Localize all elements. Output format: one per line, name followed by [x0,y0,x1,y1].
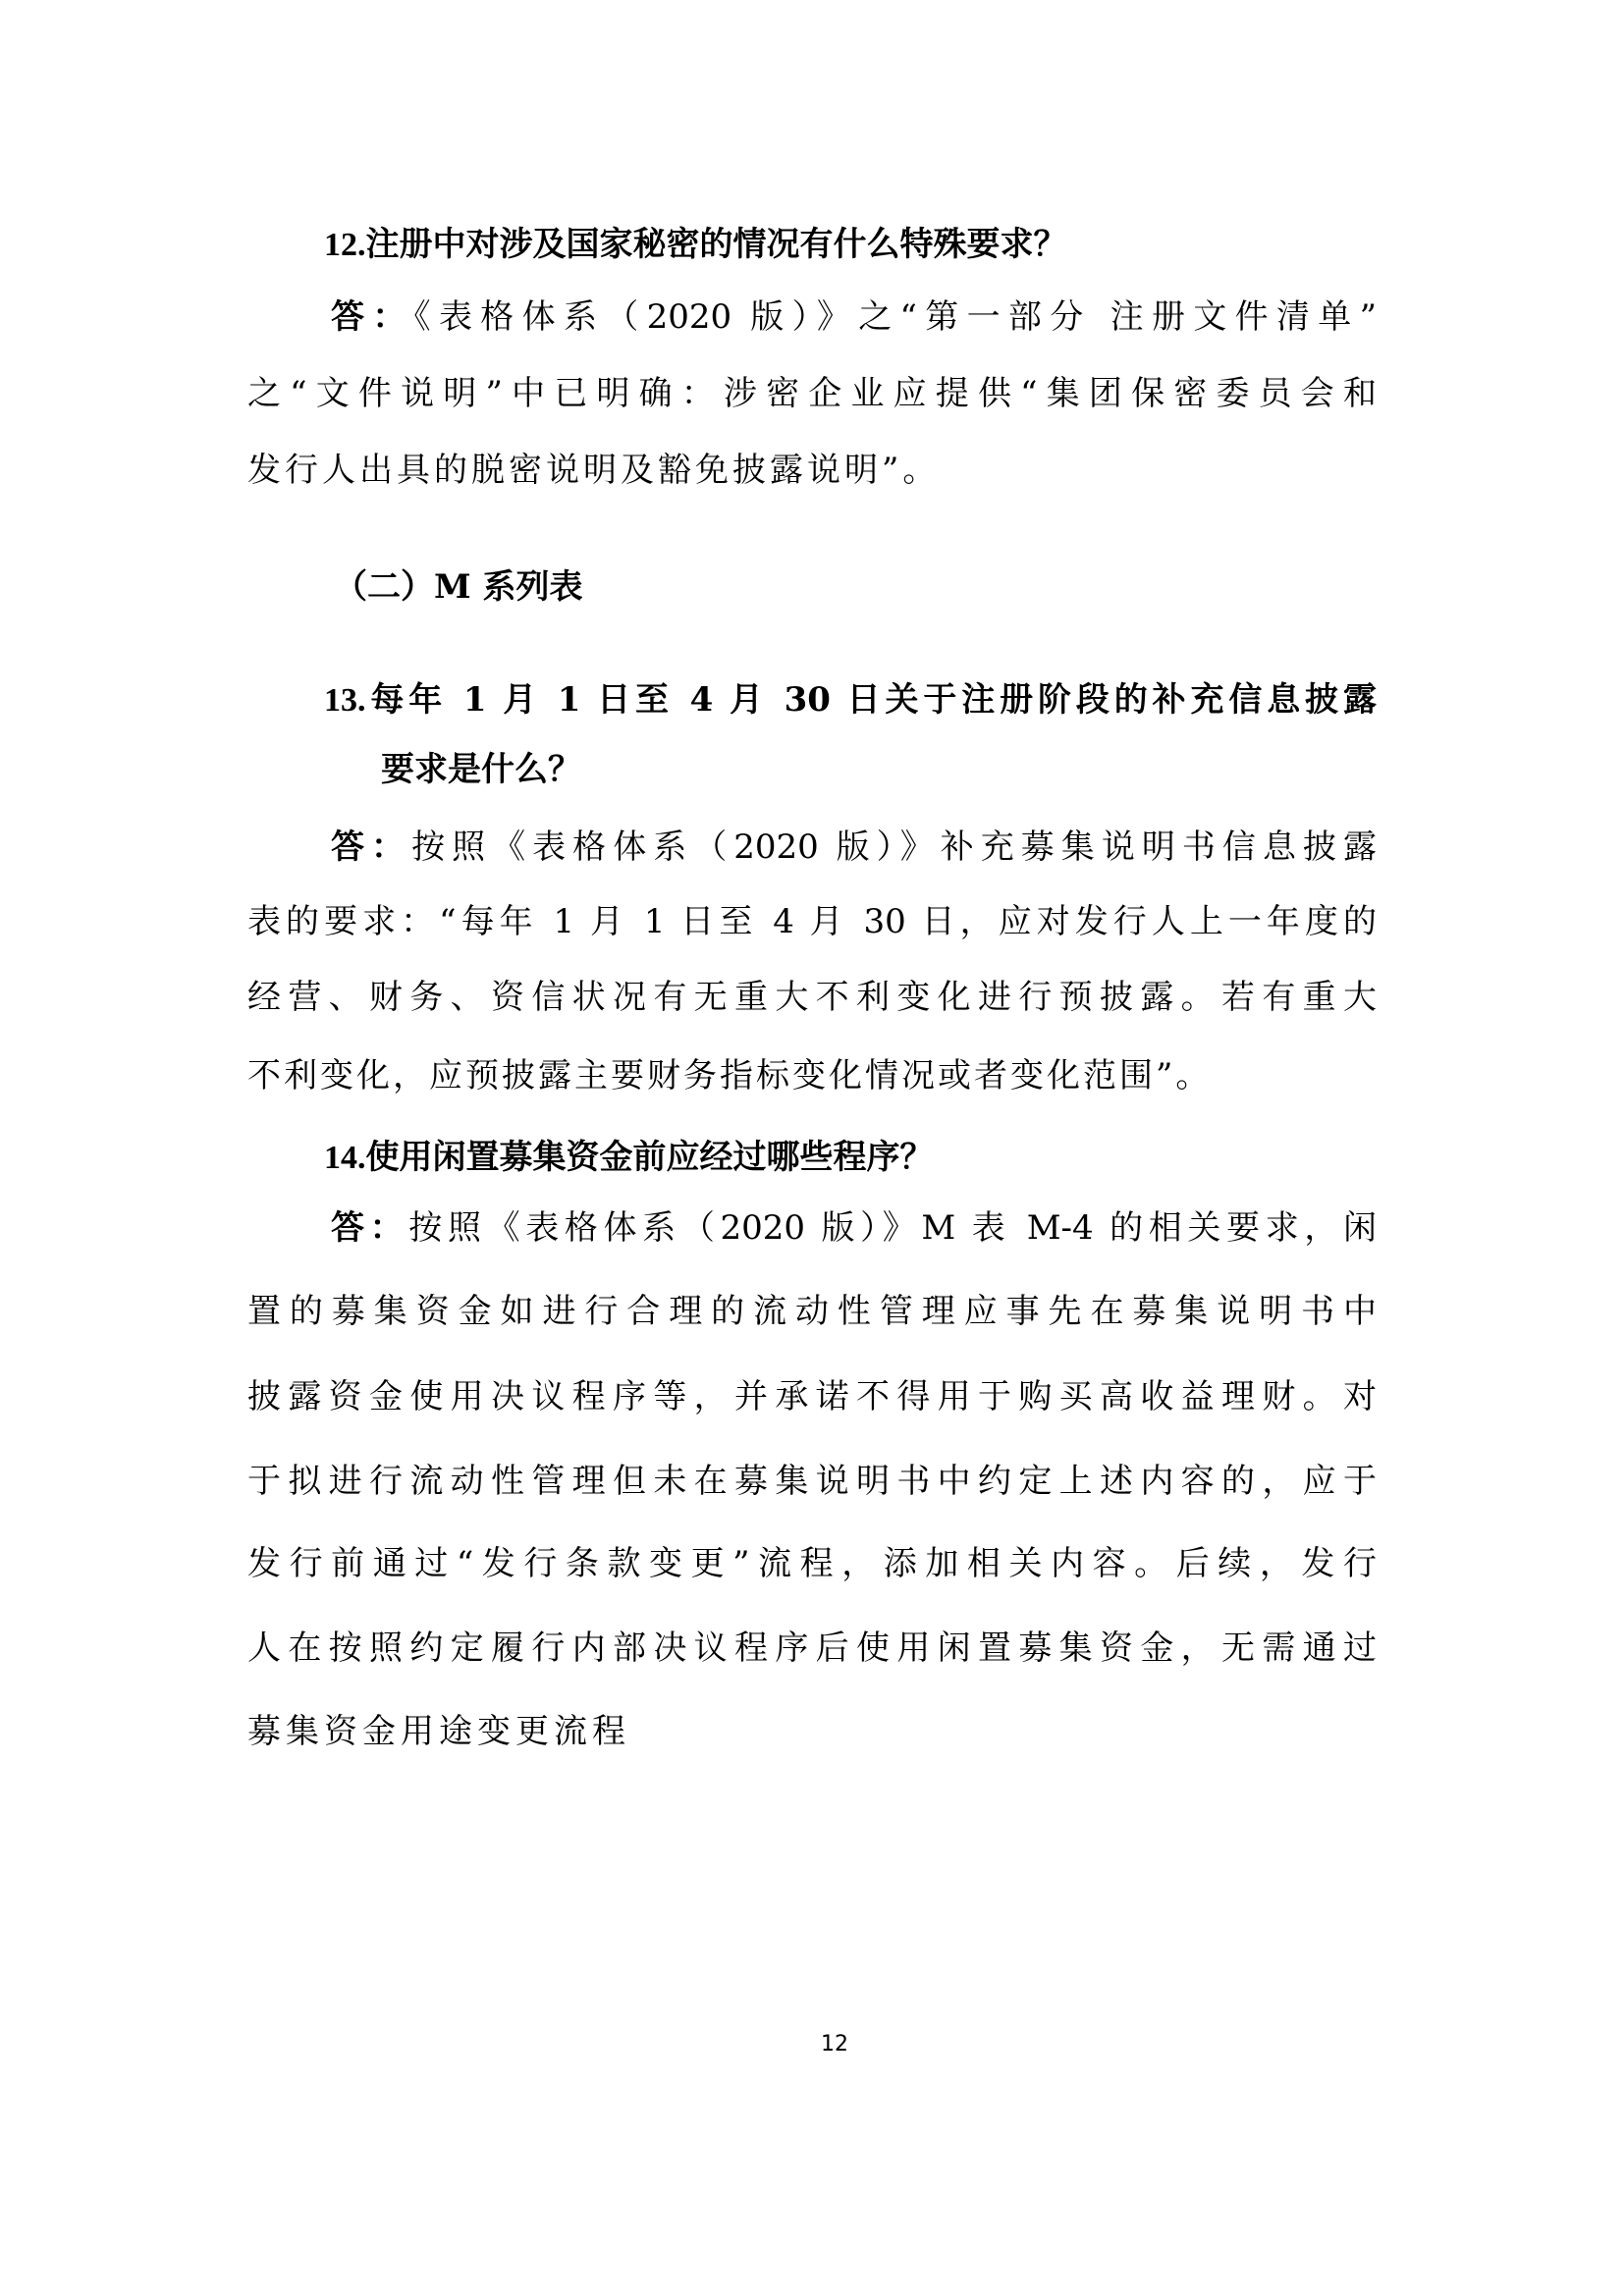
question-number: 13. [324,682,366,719]
answer-14-line-4: 于拟进行流动性管理但未在募集说明书中约定上述内容的，应于 [247,1462,1377,1501]
answer-12-line-2: 之“文件说明”中已明确：涉密企业应提供“集团保密委员会和 [247,374,1377,413]
question-text: 注册中对涉及国家秘密的情况有什么特殊要求？ [366,225,1067,264]
answer-13-line-4: 不利变化，应预披露主要财务指标变化情况或者变化范围”。 [247,1056,1212,1095]
page-number: 12 [812,2032,857,2057]
question-14-heading: 14.使用闲置募集资金前应经过哪些程序？ [324,1138,934,1177]
answer-13-line-1: 答：按照《表格体系（2020 版）》补充募集说明书信息披露 [331,828,1377,867]
answer-13-line-3: 经营、财务、资信状况有无重大不利变化进行预披露。若有重大 [247,978,1377,1017]
answer-14-line-6: 人在按照约定履行内部决议程序后使用闲置募集资金，无需通过 [247,1629,1377,1668]
answer-14-line-2: 置的募集资金如进行合理的流动性管理应事先在募集说明书中 [247,1292,1377,1331]
question-number: 14. [324,1140,366,1176]
question-text: 每年 1 月 1 日至 4 月 30 日关于注册阶段的补充信息披露 [366,680,1378,720]
answer-14-line-3: 披露资金使用决议程序等，并承诺不得用于购买高收益理财。对 [247,1377,1377,1416]
question-12-heading: 12.注册中对涉及国家秘密的情况有什么特殊要求？ [324,225,1067,264]
question-number: 12. [324,227,366,263]
answer-14-line-5: 发行前通过“发行条款变更”流程，添加相关内容。后续，发行 [247,1544,1377,1583]
question-text: 使用闲置募集资金前应经过哪些程序？ [366,1138,934,1177]
answer-text: 按照《表格体系（2020 版）》补充募集说明书信息披露 [411,828,1377,867]
answer-label: 答： [331,1208,408,1248]
answer-label: 答： [331,297,414,337]
answer-text: 按照《表格体系（2020 版）》M 表 M-4 的相关要求，闲 [408,1208,1377,1248]
answer-14-line-7: 募集资金用途变更流程 [247,1712,630,1751]
document-page: 12.注册中对涉及国家秘密的情况有什么特殊要求？ 答：《表格体系（2020 版）… [0,0,1624,2296]
section-heading: （二）M 系列表 [334,567,582,607]
answer-13-line-2: 表的要求：“每年 1 月 1 日至 4 月 30 日，应对发行人上一年度的 [247,902,1377,941]
question-13-heading-line-2: 要求是什么？ [381,750,581,789]
answer-12-line-3: 发行人出具的脱密说明及豁免披露说明”。 [247,451,940,490]
answer-text: 《表格体系（2020 版）》之“第一部分 注册文件清单” [414,297,1377,337]
question-13-heading-line-1: 13.每年 1 月 1 日至 4 月 30 日关于注册阶段的补充信息披露 [324,680,1377,720]
answer-label: 答： [331,828,411,867]
answer-12-line-1: 答：《表格体系（2020 版）》之“第一部分 注册文件清单” [331,297,1377,337]
answer-14-line-1: 答：按照《表格体系（2020 版）》M 表 M-4 的相关要求，闲 [331,1208,1377,1248]
